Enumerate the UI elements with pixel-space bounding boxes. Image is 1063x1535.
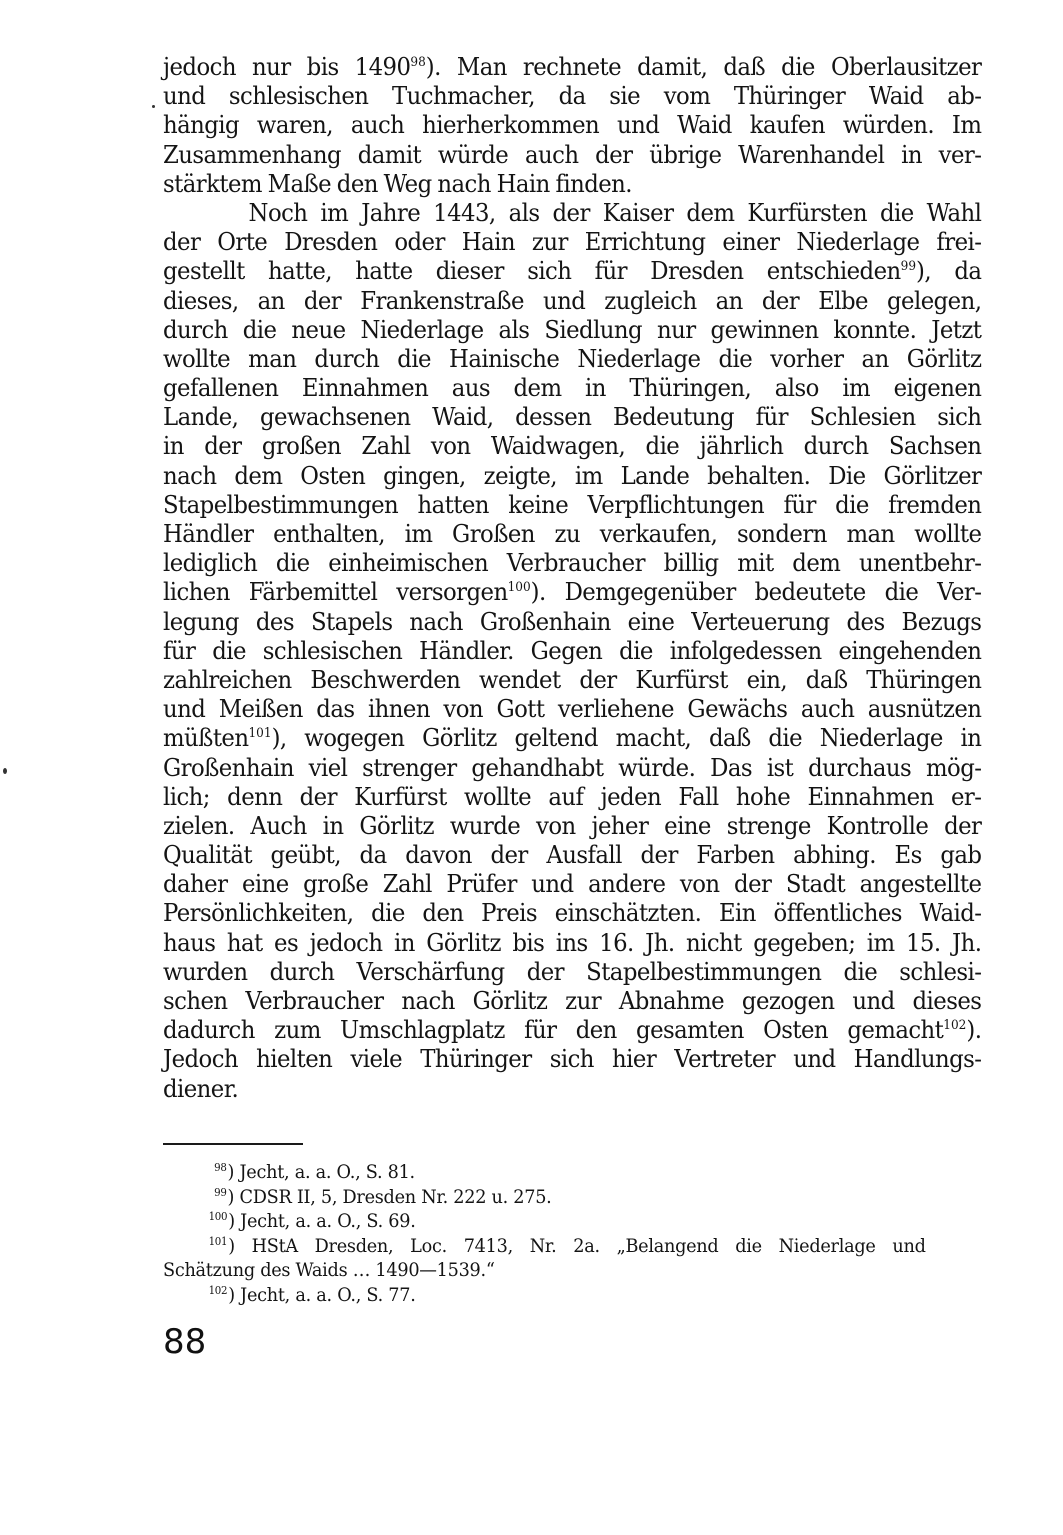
- text-line: zielen. Auch in Görlitz wurde von jeher …: [163, 811, 981, 840]
- text-line: Lande, gewachsenen Waid, dessen Bedeutun…: [163, 402, 981, 431]
- text-line: müßten101), wogegen Görlitz geltend mach…: [163, 723, 981, 752]
- text-line: und schlesischen Tuchmacher, da sie vom …: [163, 81, 981, 110]
- text-segment: Jedoch hielten viele Thüringer sich hier…: [163, 1044, 981, 1073]
- text-segment: hängig waren, auch hierherkommen und Wai…: [163, 110, 981, 139]
- text-line: der Orte Dresden oder Hain zur Errichtun…: [163, 227, 981, 256]
- text-segment: legung des Stapels nach Großenhain eine …: [163, 607, 981, 636]
- text-segment: Zusammenhang damit würde auch der übrige…: [163, 140, 981, 169]
- text-segment: Stapelbestimmungen hatten keine Verpflic…: [163, 490, 981, 519]
- footnote-text: ) Jecht, a. a. O., S. 77.: [228, 1284, 415, 1306]
- footnote-reference: 98: [410, 55, 425, 70]
- text-line: dadurch zum Umschlagplatz für den gesamt…: [163, 1015, 981, 1044]
- footnote-101: 101) HStA Dresden, Loc. 7413, Nr. 2a. „B…: [163, 1234, 926, 1259]
- text-segment: Noch im Jahre 1443, als der Kaiser dem K…: [249, 198, 982, 227]
- text-segment: ). Man rechnete damit, daß die Oberlausi…: [426, 52, 982, 81]
- text-line: Persönlichkeiten, die den Preis einschät…: [163, 898, 981, 927]
- text-line: daher eine große Zahl Prüfer und andere …: [163, 869, 981, 898]
- footnote-101-continuation: Schätzung des Waids … 1490—1539.“: [163, 1258, 924, 1283]
- text-segment: ), wogegen Görlitz geltend macht, daß di…: [272, 723, 982, 752]
- text-segment: stärktem Maße den Weg nach Hain finden.: [163, 169, 632, 198]
- text-segment: lediglich die einheimischen Verbraucher …: [163, 548, 981, 577]
- text-line: wurden durch Verschärfung der Stapelbest…: [163, 957, 981, 986]
- text-segment: und schlesischen Tuchmacher, da sie vom …: [163, 81, 981, 110]
- page-number: 88: [163, 1322, 206, 1362]
- text-line: wollte man durch die Hainische Niederlag…: [163, 344, 981, 373]
- footnote-text: ) Jecht, a. a. O., S. 69.: [228, 1210, 415, 1232]
- text-line: legung des Stapels nach Großenhain eine …: [163, 607, 981, 636]
- text-segment: müßten: [163, 723, 248, 752]
- text-line: stärktem Maße den Weg nach Hain finden.: [163, 169, 981, 198]
- text-segment: Qualität geübt, da davon der Ausfall der…: [163, 840, 981, 869]
- scan-speck: [3, 768, 7, 774]
- text-segment: daher eine große Zahl Prüfer und andere …: [163, 869, 981, 898]
- text-segment: nach dem Osten gingen, zeigte, im Lande …: [163, 461, 981, 490]
- footnote-102: 102) Jecht, a. a. O., S. 77.: [163, 1283, 924, 1308]
- text-segment: dieses, an der Frankenstraße und zugleic…: [163, 286, 981, 315]
- text-segment: Händler enthalten, im Großen zu verkaufe…: [163, 519, 981, 548]
- text-segment: ), da: [916, 256, 981, 285]
- text-segment: gefallenen Einnahmen aus dem in Thüringe…: [163, 373, 981, 402]
- text-line: haus hat es jedoch in Görlitz bis ins 16…: [163, 928, 981, 957]
- text-line: hängig waren, auch hierherkommen und Wai…: [163, 110, 981, 139]
- text-segment: jedoch nur bis 1490: [163, 52, 410, 81]
- text-line: lediglich die einheimischen Verbraucher …: [163, 548, 981, 577]
- body-text: jedoch nur bis 149098). Man rechnete dam…: [163, 52, 981, 1103]
- text-line: Stapelbestimmungen hatten keine Verpflic…: [163, 490, 981, 519]
- footnote-number: 102: [209, 1284, 228, 1297]
- text-segment: Lande, gewachsenen Waid, dessen Bedeutun…: [163, 402, 981, 431]
- footnote-number: 100: [209, 1210, 228, 1223]
- text-segment: in der großen Zahl von Waidwagen, die jä…: [163, 431, 981, 460]
- footnote-reference: 101: [248, 726, 271, 741]
- text-line: in der großen Zahl von Waidwagen, die jä…: [163, 431, 981, 460]
- text-line: Noch im Jahre 1443, als der Kaiser dem K…: [163, 198, 981, 227]
- text-segment: diener.: [163, 1074, 238, 1103]
- text-segment: für die schlesischen Händler. Gegen die …: [163, 636, 981, 665]
- footnote-text: ) Jecht, a. a. O., S. 81.: [228, 1161, 415, 1183]
- text-line: schen Verbraucher nach Görlitz zur Abnah…: [163, 986, 981, 1015]
- text-segment: lichen Färbemittel versorgen: [163, 577, 508, 606]
- text-line: Zusammenhang damit würde auch der übrige…: [163, 140, 981, 169]
- text-line: dieses, an der Frankenstraße und zugleic…: [163, 286, 981, 315]
- text-line: Qualität geübt, da davon der Ausfall der…: [163, 840, 981, 869]
- footnote-reference: 100: [508, 580, 531, 595]
- footnote-text: ) HStA Dresden, Loc. 7413, Nr. 2a. „Bela…: [228, 1235, 925, 1257]
- text-line: lichen Färbemittel versorgen100). Demgeg…: [163, 577, 981, 606]
- text-line: zahlreichen Beschwerden wendet der Kurfü…: [163, 665, 981, 694]
- footnote-number: 101: [209, 1235, 228, 1248]
- text-line: durch die neue Niederlage als Siedlung n…: [163, 315, 981, 344]
- text-line: gestellt hatte, hatte dieser sich für Dr…: [163, 256, 981, 285]
- text-segment: Großenhain viel strenger gehandhabt würd…: [163, 753, 981, 782]
- text-line: nach dem Osten gingen, zeigte, im Lande …: [163, 461, 981, 490]
- text-segment: Persönlichkeiten, die den Preis einschät…: [163, 898, 981, 927]
- footnote-text: ) CDSR II, 5, Dresden Nr. 222 u. 275.: [228, 1186, 552, 1208]
- footnote-reference: 102: [943, 1018, 966, 1033]
- footnote-98: 98) Jecht, a. a. O., S. 81.: [163, 1160, 924, 1185]
- text-segment: durch die neue Niederlage als Siedlung n…: [163, 315, 981, 344]
- text-segment: ). Demgegenüber bedeutete die Ver-: [531, 577, 982, 606]
- text-segment: gestellt hatte, hatte dieser sich für Dr…: [163, 256, 901, 285]
- text-line: gefallenen Einnahmen aus dem in Thüringe…: [163, 373, 981, 402]
- text-segment: und Meißen das ihnen von Gott verliehene…: [163, 694, 981, 723]
- text-segment: ).: [966, 1015, 981, 1044]
- text-line: Großenhain viel strenger gehandhabt würd…: [163, 753, 981, 782]
- footnote-99: 99) CDSR II, 5, Dresden Nr. 222 u. 275.: [163, 1185, 924, 1210]
- text-segment: zielen. Auch in Görlitz wurde von jeher …: [163, 811, 981, 840]
- text-line: diener.: [163, 1074, 981, 1103]
- document-page: jedoch nur bis 149098). Man rechnete dam…: [163, 52, 981, 1103]
- text-segment: der Orte Dresden oder Hain zur Errichtun…: [163, 227, 981, 256]
- text-segment: wollte man durch die Hainische Niederlag…: [163, 344, 981, 373]
- text-segment: zahlreichen Beschwerden wendet der Kurfü…: [163, 665, 981, 694]
- text-line: Händler enthalten, im Großen zu verkaufe…: [163, 519, 981, 548]
- footnote-separator-rule: [163, 1143, 303, 1145]
- text-line: jedoch nur bis 149098). Man rechnete dam…: [163, 52, 981, 81]
- footnote-number: 98: [214, 1161, 226, 1174]
- scan-speck: [152, 105, 155, 108]
- text-segment: lich; denn der Kurfürst wollte auf jeden…: [163, 782, 981, 811]
- text-segment: wurden durch Verschärfung der Stapelbest…: [163, 957, 981, 986]
- footnote-reference: 99: [901, 259, 916, 274]
- text-segment: schen Verbraucher nach Görlitz zur Abnah…: [163, 986, 981, 1015]
- text-line: lich; denn der Kurfürst wollte auf jeden…: [163, 782, 981, 811]
- text-segment: haus hat es jedoch in Görlitz bis ins 16…: [163, 928, 981, 957]
- text-line: Jedoch hielten viele Thüringer sich hier…: [163, 1044, 981, 1073]
- text-line: und Meißen das ihnen von Gott verliehene…: [163, 694, 981, 723]
- footnote-100: 100) Jecht, a. a. O., S. 69.: [163, 1209, 924, 1234]
- text-line: für die schlesischen Händler. Gegen die …: [163, 636, 981, 665]
- text-segment: dadurch zum Umschlagplatz für den gesamt…: [163, 1015, 943, 1044]
- footnotes: 98) Jecht, a. a. O., S. 81. 99) CDSR II,…: [163, 1160, 981, 1307]
- footnote-number: 99: [214, 1186, 226, 1199]
